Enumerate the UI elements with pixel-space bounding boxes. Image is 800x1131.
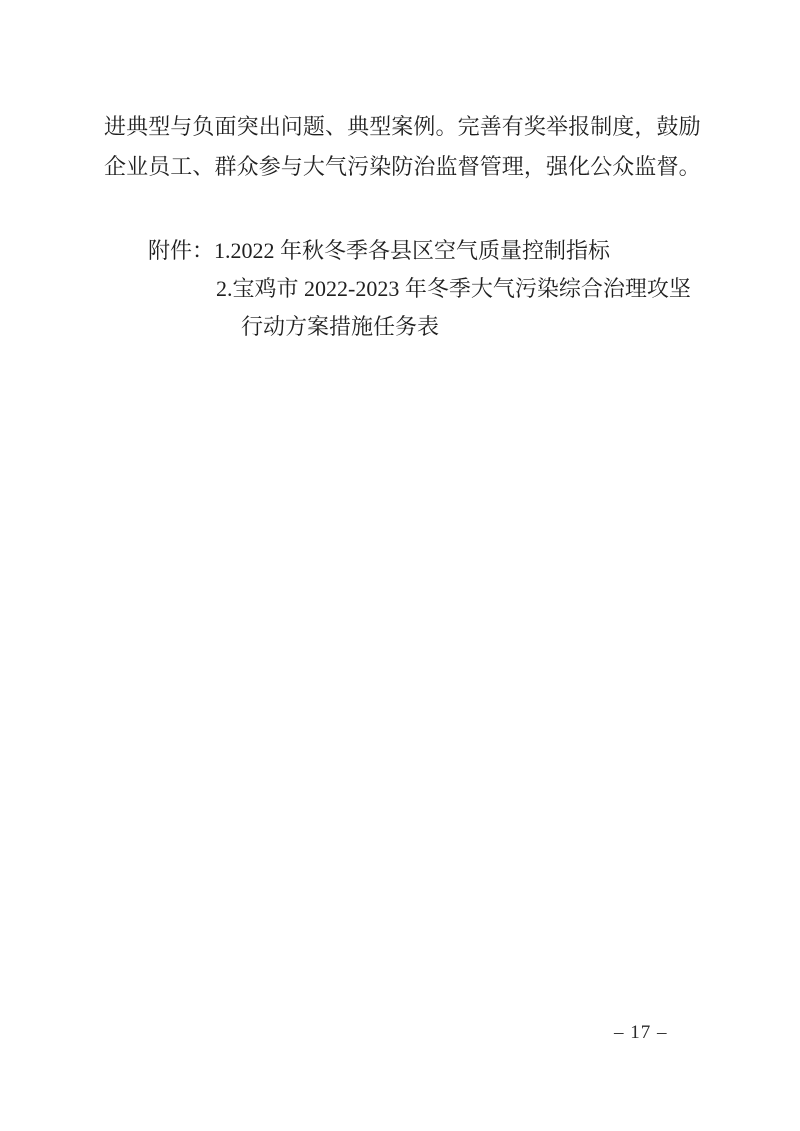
page-number: – 17 – — [614, 1022, 668, 1044]
attachment-item-1-line: 附件：1.2022 年秋冬季各县区空气质量控制指标 — [0, 232, 800, 270]
attachments-label: 附件： — [148, 238, 214, 263]
attachment-item-1: 1.2022 年秋冬季各县区空气质量控制指标 — [214, 238, 610, 263]
attachment-item-2-line-2: 行动方案措施任务表 — [0, 308, 800, 346]
body-paragraph: 进典型与负面突出问题、典型案例。完善有奖举报制度，鼓励 企业员工、群众参与大气污… — [104, 107, 704, 187]
paragraph-line-1: 进典型与负面突出问题、典型案例。完善有奖举报制度，鼓励 — [104, 107, 704, 147]
attachment-item-2-line-1: 2.宝鸡市 2022-2023 年冬季大气污染综合治理攻坚 — [0, 270, 800, 308]
paragraph-line-2: 企业员工、群众参与大气污染防治监督管理，强化公众监督。 — [104, 147, 704, 187]
attachments-section: 附件：1.2022 年秋冬季各县区空气质量控制指标 2.宝鸡市 2022-202… — [0, 232, 800, 346]
document-page: 进典型与负面突出问题、典型案例。完善有奖举报制度，鼓励 企业员工、群众参与大气污… — [0, 0, 800, 1131]
